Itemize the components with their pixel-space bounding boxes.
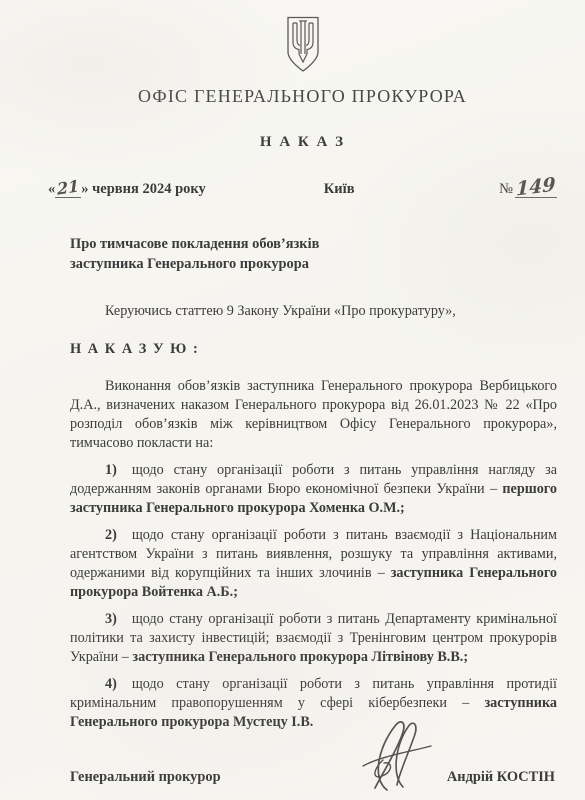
handwritten-number: 149 <box>516 175 556 199</box>
date-text: червня 2024 року <box>92 181 206 197</box>
date-day-slot: 21 <box>55 180 81 198</box>
decree-item-4: 4)щодо стану організації роботи з питань… <box>70 675 557 732</box>
document-page: ОФІС ГЕНЕРАЛЬНОГО ПРОКУРОРА Н А К А З «2… <box>0 0 585 800</box>
doc-type-title: Н А К А З <box>48 134 557 151</box>
signer-position: Генеральний прокурор <box>70 768 221 787</box>
meta-row: «21» червня 2024 року Київ №149 <box>48 178 557 198</box>
org-name: ОФІС ГЕНЕРАЛЬНОГО ПРОКУРОРА <box>48 86 557 107</box>
date-line: «21» червня 2024 року <box>48 180 206 198</box>
preamble-paragraph: Керуючись статтею 9 Закону України «Про … <box>70 302 557 321</box>
city-label: Київ <box>324 181 355 198</box>
ukraine-trident-emblem-icon <box>280 61 326 78</box>
item-text: щодо стану організації роботи з питань у… <box>70 462 557 497</box>
subject-line-1: Про тимчасове покладення обов’язків <box>70 234 557 254</box>
subject-block: Про тимчасове покладення обов’язків заст… <box>70 234 557 274</box>
decree-item-2: 2)щодо стану організації роботи з питань… <box>70 526 557 602</box>
number-slot: 149 <box>515 178 557 198</box>
item-assignee: заступника Генерального прокурора Літвін… <box>132 649 468 665</box>
emblem-wrap <box>48 14 557 79</box>
date-quote-close: » <box>81 181 88 197</box>
doc-number: №149 <box>499 178 557 198</box>
signature-block: Генеральний прокурор Андрій КОСТІН <box>70 768 557 787</box>
decree-item-1: 1)щодо стану організації роботи з питань… <box>70 461 557 518</box>
document-body: Про тимчасове покладення обов’язків заст… <box>70 234 557 787</box>
decree-intro-paragraph: Виконання обов’язків заступника Генераль… <box>70 377 557 453</box>
item-number: 1) <box>105 462 132 478</box>
signer-name: Андрій КОСТІН <box>447 768 555 787</box>
item-number: 3) <box>105 611 132 627</box>
date-quote-open: « <box>48 181 55 197</box>
item-number: 4) <box>105 676 132 692</box>
decree-item-3: 3)щодо стану організації роботи з питань… <box>70 610 557 667</box>
number-label: № <box>499 181 513 197</box>
decree-word: Н А К А З У Ю : <box>70 340 557 359</box>
handwritten-day: 21 <box>57 178 80 198</box>
item-number: 2) <box>105 527 132 543</box>
subject-line-2: заступника Генерального прокурора <box>70 254 557 274</box>
